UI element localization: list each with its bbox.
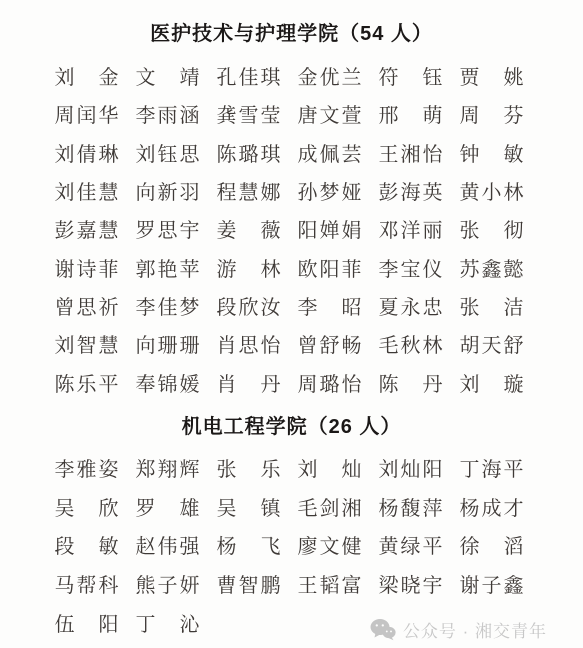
name-cell: 刘灿 xyxy=(289,451,370,490)
name-item: 丁沁 xyxy=(136,615,200,635)
name-item: 黄绿平 xyxy=(379,537,443,557)
name-cell: 邢萌 xyxy=(370,97,451,135)
name-cell: 李雨涵 xyxy=(127,97,208,135)
name-item: 曹智鹏 xyxy=(217,576,281,596)
name-cell: 符钰 xyxy=(370,59,451,97)
name-cell: 陈丹 xyxy=(370,365,451,403)
name-item: 向新羽 xyxy=(136,183,200,203)
name-item: 杨馥萍 xyxy=(379,499,443,519)
name-item: 文靖 xyxy=(136,68,200,88)
name-item: 孙梦娅 xyxy=(298,183,362,203)
name-cell: 胡天舒 xyxy=(451,327,532,365)
name-item: 李雅姿 xyxy=(55,460,119,480)
name-item: 游林 xyxy=(217,260,281,280)
name-item: 成佩芸 xyxy=(298,145,362,165)
name-item: 符钰 xyxy=(379,68,443,88)
name-item: 姜薇 xyxy=(217,221,281,241)
name-item: 陈乐平 xyxy=(55,375,119,395)
name-item: 彭海英 xyxy=(379,183,443,203)
name-cell: 贾姚 xyxy=(451,59,532,97)
name-item: 刘璇 xyxy=(460,375,524,395)
name-item: 刘钰思 xyxy=(136,145,200,165)
name-cell: 罗雄 xyxy=(127,490,208,529)
name-item: 杨成才 xyxy=(460,499,524,519)
name-cell: 周璐怡 xyxy=(289,365,370,403)
name-item: 金优兰 xyxy=(298,68,362,88)
name-item: 孔佳琪 xyxy=(217,68,281,88)
name-item: 徐滔 xyxy=(460,537,524,557)
name-cell: 段敏 xyxy=(46,528,127,567)
name-item: 马帮科 xyxy=(55,576,119,596)
name-item: 苏鑫懿 xyxy=(460,260,524,280)
name-item: 周芬 xyxy=(460,106,524,126)
name-item: 廖文健 xyxy=(298,537,362,557)
names-grid: 李雅姿郑翔辉张乐刘灿刘灿阳丁海平吴欣罗雄吴镇毛剑湘杨馥萍杨成才段敏赵伟强杨飞廖文… xyxy=(46,451,532,644)
name-cell: 王湘怡 xyxy=(370,136,451,174)
name-item: 刘灿阳 xyxy=(379,460,443,480)
name-item: 毛秋林 xyxy=(379,336,443,356)
name-item: 罗思宇 xyxy=(136,221,200,241)
name-item: 陈璐琪 xyxy=(217,145,281,165)
name-item: 郭艳苹 xyxy=(136,260,200,280)
name-item: 张彻 xyxy=(460,221,524,241)
name-cell: 郭艳苹 xyxy=(127,250,208,288)
name-cell: 梁晓宇 xyxy=(370,567,451,606)
name-item: 周闰华 xyxy=(55,106,119,126)
name-item: 刘灿 xyxy=(298,460,362,480)
name-item: 夏永忠 xyxy=(379,298,443,318)
name-item: 伍阳 xyxy=(55,615,119,635)
name-item: 钟敏 xyxy=(460,145,524,165)
name-item: 奉锦媛 xyxy=(136,375,200,395)
name-cell: 徐滔 xyxy=(451,528,532,567)
name-cell: 杨成才 xyxy=(451,490,532,529)
name-cell: 程慧娜 xyxy=(208,174,289,212)
name-cell: 李昭 xyxy=(289,289,370,327)
name-cell: 文靖 xyxy=(127,59,208,97)
name-item: 毛剑湘 xyxy=(298,499,362,519)
name-cell: 吴欣 xyxy=(46,490,127,529)
name-item: 向珊珊 xyxy=(136,336,200,356)
name-cell: 黄小林 xyxy=(451,174,532,212)
section-title: 医护技术与护理学院（54 人） xyxy=(0,17,583,46)
name-cell: 曹智鹏 xyxy=(208,567,289,606)
name-cell: 姜薇 xyxy=(208,212,289,250)
name-item: 邓洋丽 xyxy=(379,221,443,241)
name-cell: 丁海平 xyxy=(451,451,532,490)
name-cell: 刘金 xyxy=(46,59,127,97)
name-item: 张洁 xyxy=(460,298,524,318)
name-cell: 马帮科 xyxy=(46,567,127,606)
name-item: 胡天舒 xyxy=(460,336,524,356)
name-cell: 刘倩琳 xyxy=(46,136,127,174)
name-cell: 刘璇 xyxy=(451,365,532,403)
name-cell: 谢诗菲 xyxy=(46,250,127,288)
name-cell: 刘钰思 xyxy=(127,136,208,174)
name-item: 贾姚 xyxy=(460,68,524,88)
name-cell: 李宝仪 xyxy=(370,250,451,288)
name-cell: 曾舒畅 xyxy=(289,327,370,365)
name-cell: 孙梦娅 xyxy=(289,174,370,212)
name-cell: 吴镇 xyxy=(208,490,289,529)
name-item: 刘佳慧 xyxy=(55,183,119,203)
name-item: 彭嘉慧 xyxy=(55,221,119,241)
name-cell: 邓洋丽 xyxy=(370,212,451,250)
name-item: 郑翔辉 xyxy=(136,460,200,480)
section-title: 机电工程学院（26 人） xyxy=(0,410,583,439)
name-item: 阳婵娟 xyxy=(298,221,362,241)
wechat-icon xyxy=(370,618,396,641)
name-item: 谢诗菲 xyxy=(55,260,119,280)
name-cell: 苏鑫懿 xyxy=(451,250,532,288)
name-cell: 曾思祈 xyxy=(46,289,127,327)
name-item: 程慧娜 xyxy=(217,183,281,203)
name-cell: 陈璐琪 xyxy=(208,136,289,174)
name-item: 熊子妍 xyxy=(136,576,200,596)
name-cell: 刘佳慧 xyxy=(46,174,127,212)
name-cell: 杨馥萍 xyxy=(370,490,451,529)
name-cell: 周芬 xyxy=(451,97,532,135)
name-item: 曾舒畅 xyxy=(298,336,362,356)
name-item: 段敏 xyxy=(55,537,119,557)
name-cell: 向新羽 xyxy=(127,174,208,212)
name-cell: 李雅姿 xyxy=(46,451,127,490)
name-cell: 孔佳琪 xyxy=(208,59,289,97)
name-cell: 彭海英 xyxy=(370,174,451,212)
name-cell: 刘灿阳 xyxy=(370,451,451,490)
name-item: 张乐 xyxy=(217,460,281,480)
name-cell: 游林 xyxy=(208,250,289,288)
name-item: 段欣汝 xyxy=(217,298,281,318)
name-item: 吴欣 xyxy=(55,499,119,519)
name-item: 欧阳菲 xyxy=(298,260,362,280)
name-cell: 廖文健 xyxy=(289,528,370,567)
name-item: 谢子鑫 xyxy=(460,576,524,596)
name-item: 王韬富 xyxy=(298,576,362,596)
name-cell: 陈乐平 xyxy=(46,365,127,403)
name-cell: 张彻 xyxy=(451,212,532,250)
name-item: 陈丹 xyxy=(379,375,443,395)
name-item: 罗雄 xyxy=(136,499,200,519)
name-item: 肖思怡 xyxy=(217,336,281,356)
name-cell: 肖思怡 xyxy=(208,327,289,365)
name-cell: 唐文萱 xyxy=(289,97,370,135)
name-cell: 罗思宇 xyxy=(127,212,208,250)
name-cell: 夏永忠 xyxy=(370,289,451,327)
name-cell: 阳婵娟 xyxy=(289,212,370,250)
name-item: 李宝仪 xyxy=(379,260,443,280)
name-cell: 张洁 xyxy=(451,289,532,327)
name-cell: 郑翔辉 xyxy=(127,451,208,490)
name-item: 刘金 xyxy=(55,68,119,88)
name-cell: 黄绿平 xyxy=(370,528,451,567)
name-cell: 欧阳菲 xyxy=(289,250,370,288)
name-item: 肖丹 xyxy=(217,375,281,395)
name-item: 曾思祈 xyxy=(55,298,119,318)
names-grid: 刘金文靖孔佳琪金优兰符钰贾姚周闰华李雨涵龚雪莹唐文萱邢萌周芬刘倩琳刘钰思陈璐琪成… xyxy=(46,59,532,404)
name-cell: 成佩芸 xyxy=(289,136,370,174)
name-cell: 李佳梦 xyxy=(127,289,208,327)
name-cell: 赵伟强 xyxy=(127,528,208,567)
name-cell: 钟敏 xyxy=(451,136,532,174)
watermark: 公众号 · 湘交青年 xyxy=(370,617,547,642)
name-cell: 段欣汝 xyxy=(208,289,289,327)
name-cell: 向珊珊 xyxy=(127,327,208,365)
name-item: 唐文萱 xyxy=(298,106,362,126)
name-cell: 龚雪莹 xyxy=(208,97,289,135)
name-item: 刘倩琳 xyxy=(55,145,119,165)
name-item: 龚雪莹 xyxy=(217,106,281,126)
name-cell: 彭嘉慧 xyxy=(46,212,127,250)
name-item: 丁海平 xyxy=(460,460,524,480)
name-item: 邢萌 xyxy=(379,106,443,126)
name-cell: 金优兰 xyxy=(289,59,370,97)
name-item: 杨飞 xyxy=(217,537,281,557)
name-cell: 奉锦媛 xyxy=(127,365,208,403)
name-cell: 周闰华 xyxy=(46,97,127,135)
name-item: 王湘怡 xyxy=(379,145,443,165)
name-cell: 谢子鑫 xyxy=(451,567,532,606)
name-cell: 杨飞 xyxy=(208,528,289,567)
name-item: 吴镇 xyxy=(217,499,281,519)
name-item: 李佳梦 xyxy=(136,298,200,318)
page: 医护技术与护理学院（54 人） 刘金文靖孔佳琪金优兰符钰贾姚周闰华李雨涵龚雪莹唐… xyxy=(0,0,583,648)
name-item: 赵伟强 xyxy=(136,537,200,557)
name-cell: 熊子妍 xyxy=(127,567,208,606)
name-cell: 张乐 xyxy=(208,451,289,490)
name-cell: 毛秋林 xyxy=(370,327,451,365)
name-cell: 刘智慧 xyxy=(46,327,127,365)
name-item: 刘智慧 xyxy=(55,336,119,356)
name-item: 李昭 xyxy=(298,298,362,318)
name-cell: 丁沁 xyxy=(127,605,208,644)
name-item: 李雨涵 xyxy=(136,106,200,126)
name-item: 周璐怡 xyxy=(298,375,362,395)
watermark-text: 公众号 · 湘交青年 xyxy=(403,617,547,642)
name-cell: 王韬富 xyxy=(289,567,370,606)
name-cell: 毛剑湘 xyxy=(289,490,370,529)
name-cell: 伍阳 xyxy=(46,605,127,644)
name-cell: 肖丹 xyxy=(208,365,289,403)
name-item: 梁晓宇 xyxy=(379,576,443,596)
name-item: 黄小林 xyxy=(460,183,524,203)
